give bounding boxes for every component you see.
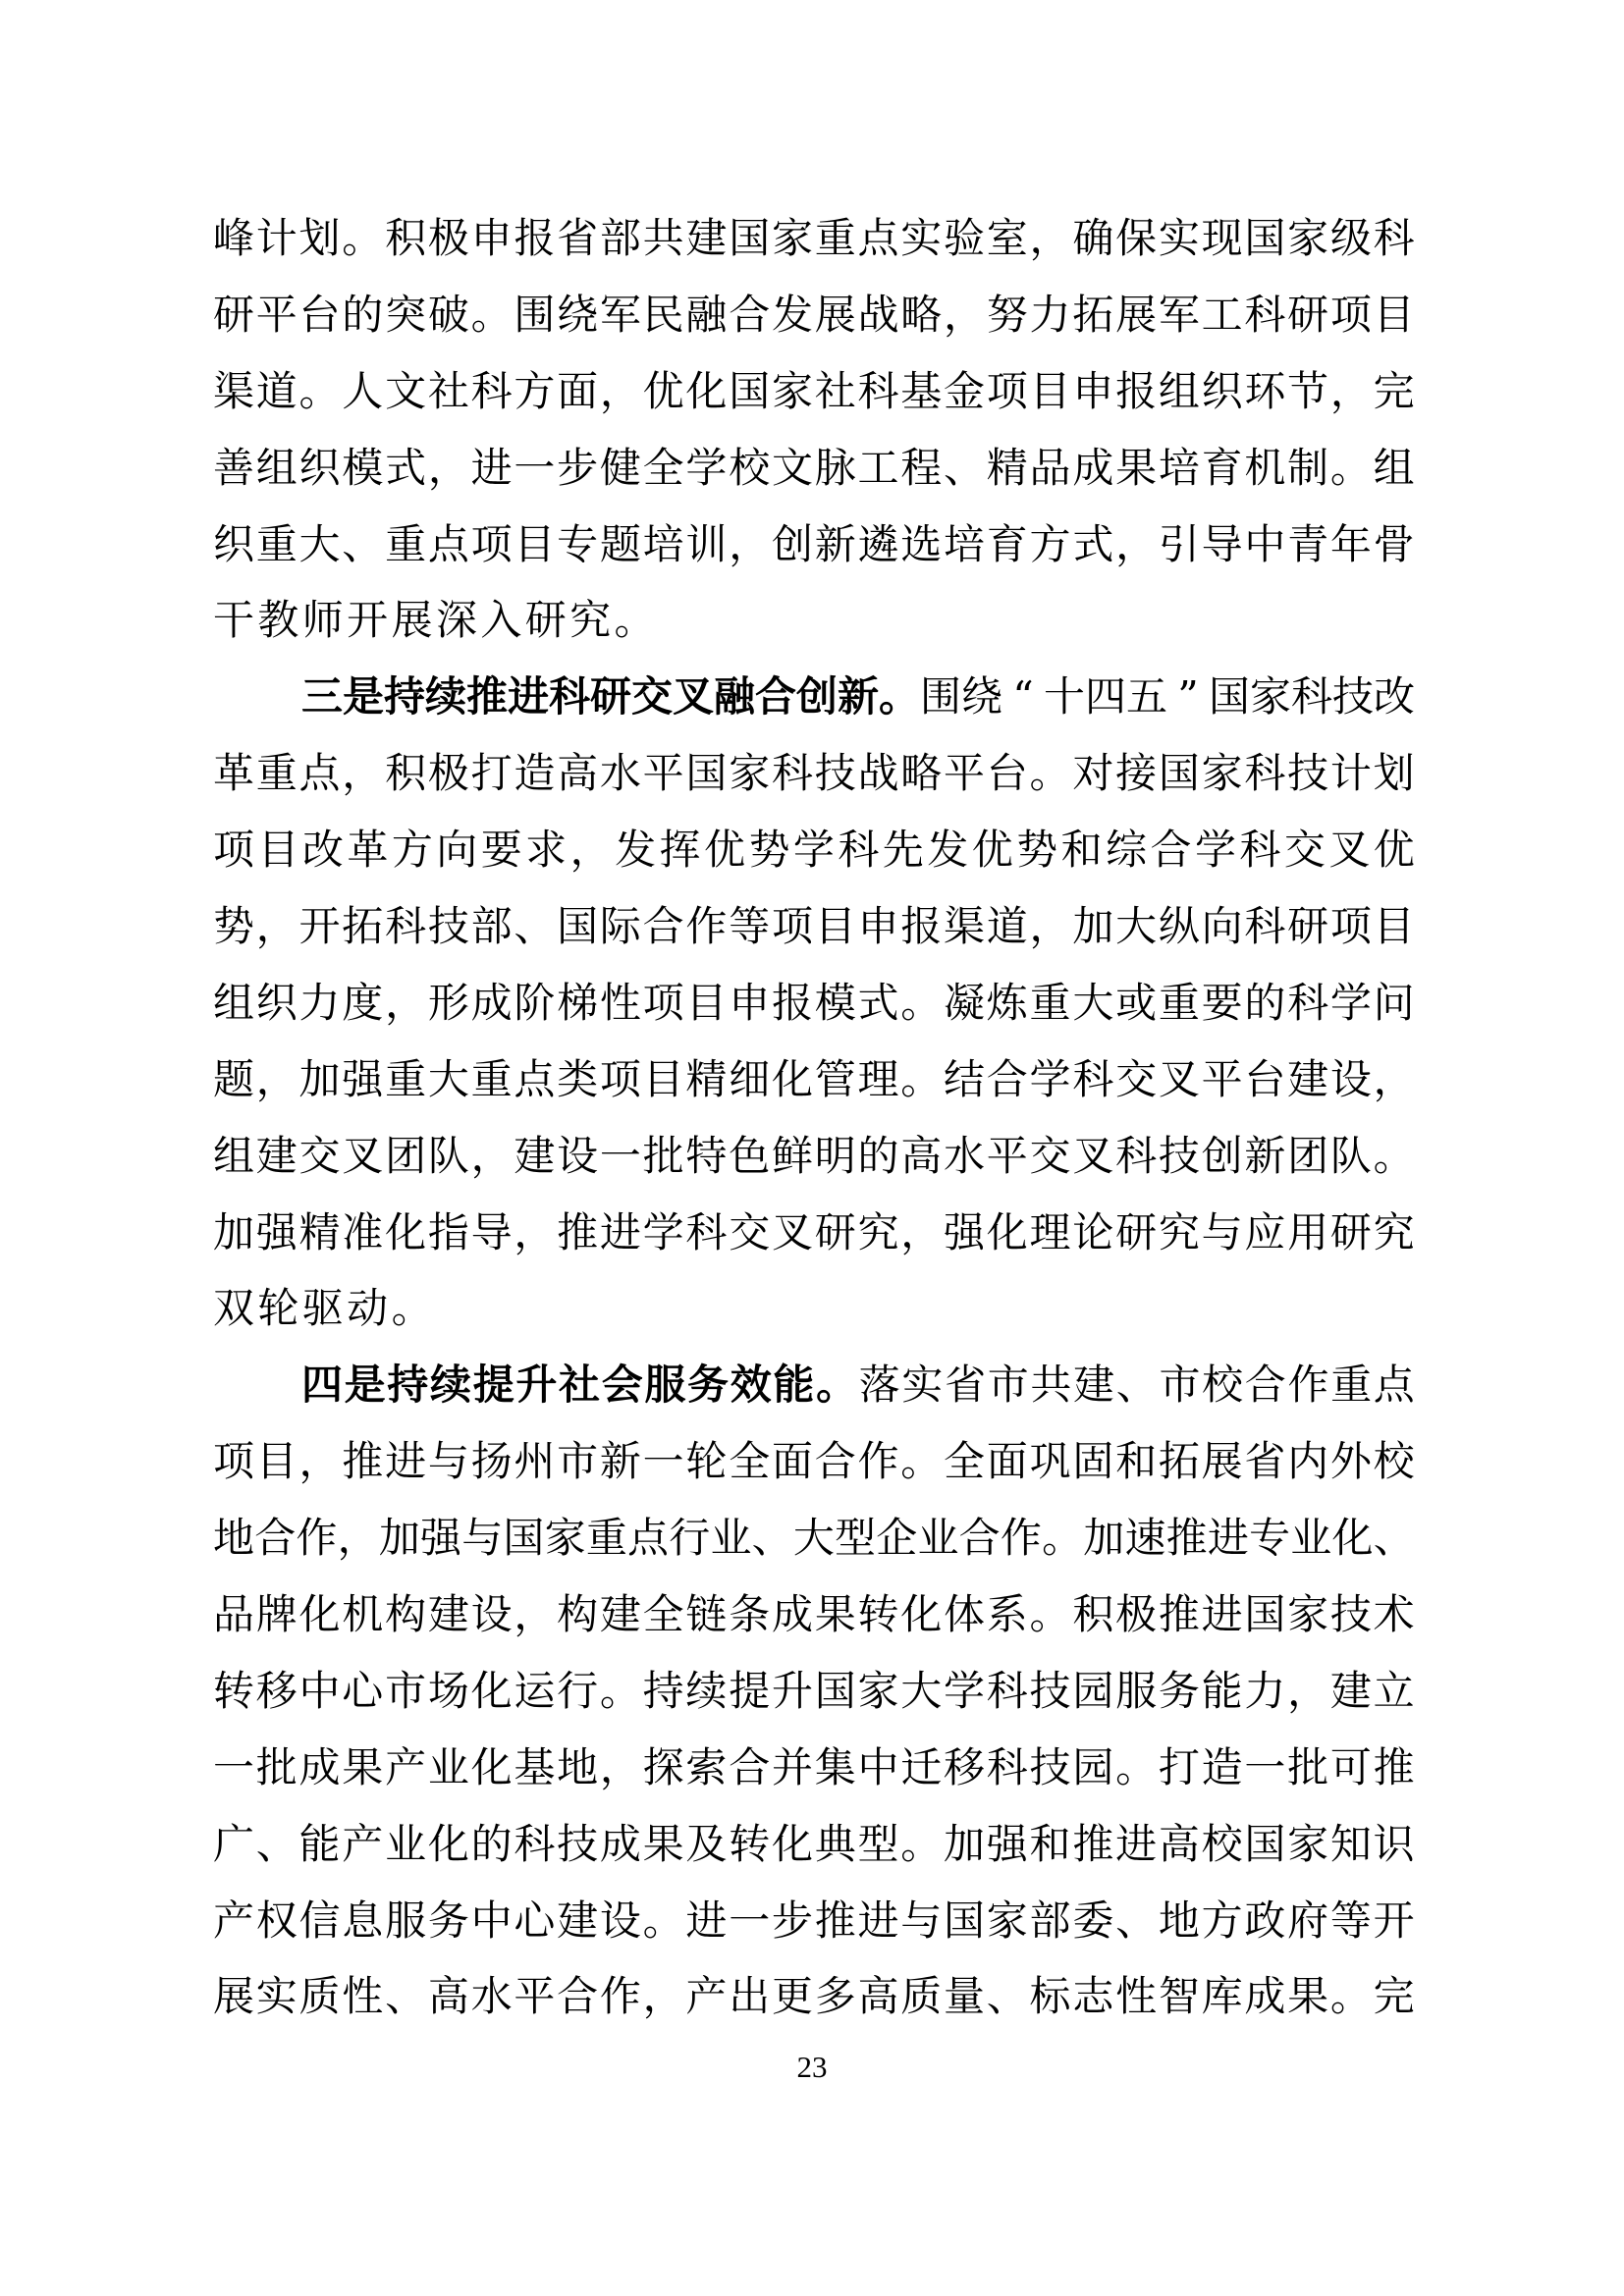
paragraph-continued: 峰计划。积极申报省部共建国家重点实验室，确保实现国家级科研平台的突破。围绕军民融… xyxy=(213,215,1415,673)
text-line: 加强精准化指导，推进学科交叉研究，强化理论研究与应用研究 xyxy=(213,1209,1415,1286)
text-line: 一批成果产业化基地，探索合并集中迁移科技园。打造一批可推 xyxy=(213,1744,1415,1821)
text-line: 题，加强重大重点类项目精细化管理。结合学科交叉平台建设， xyxy=(213,1056,1415,1133)
text-line: 产权信息服务中心建设。进一步推进与国家部委、地方政府等开 xyxy=(213,1897,1415,1974)
paragraph-four-social-service-efficiency: 四是持续提升社会服务效能。落实省市共建、市校合作重点项目，推进与扬州市新一轮全面… xyxy=(213,1362,1415,2050)
document-page: 峰计划。积极申报省部共建国家重点实验室，确保实现国家级科研平台的突破。围绕军民融… xyxy=(0,0,1624,2296)
text-line: 织重大、重点项目专题培训，创新遴选培育方式，引导中青年骨 xyxy=(213,521,1415,598)
text-line: 项目，推进与扬州市新一轮全面合作。全面巩固和拓展省内外校 xyxy=(213,1438,1415,1515)
text-line: 转移中心市场化运行。持续提升国家大学科技园服务能力，建立 xyxy=(213,1668,1415,1744)
text-line: 善组织模式，进一步健全学校文脉工程、精品成果培育机制。组 xyxy=(213,445,1415,521)
page-number: 23 xyxy=(0,2050,1624,2085)
text-line: 品牌化机构建设，构建全链条成果转化体系。积极推进国家技术 xyxy=(213,1591,1415,1668)
text-line: 干教师开展深入研究。 xyxy=(213,597,1415,673)
text-line: 渠道。人文社科方面，优化国家社科基金项目申报组织环节，完 xyxy=(213,368,1415,445)
text-line: 组织力度，形成阶梯性项目申报模式。凝炼重大或重要的科学问 xyxy=(213,980,1415,1056)
text-line: 研平台的突破。围绕军民融合发展战略，努力拓展军工科研项目 xyxy=(213,292,1415,368)
text-line: 地合作，加强与国家重点行业、大型企业合作。加速推进专业化、 xyxy=(213,1515,1415,1591)
text-line: 双轮驱动。 xyxy=(213,1285,1415,1362)
text-line: 组建交叉团队，建设一批特色鲜明的高水平交叉科技创新团队。 xyxy=(213,1133,1415,1209)
text-line: 峰计划。积极申报省部共建国家重点实验室，确保实现国家级科 xyxy=(213,215,1415,292)
text-line: 四是持续提升社会服务效能。落实省市共建、市校合作重点 xyxy=(213,1362,1415,1438)
text-line: 三是持续推进科研交叉融合创新。围绕“十四五”国家科技改 xyxy=(213,673,1415,750)
text-line: 革重点，积极打造高水平国家科技战略平台。对接国家科技计划 xyxy=(213,750,1415,827)
paragraph-three-persistent-research-integration: 三是持续推进科研交叉融合创新。围绕“十四五”国家科技改革重点，积极打造高水平国家… xyxy=(213,673,1415,1362)
text-line: 展实质性、高水平合作，产出更多高质量、标志性智库成果。完 xyxy=(213,1973,1415,2050)
text-line: 势，开拓科技部、国际合作等项目申报渠道，加大纵向科研项目 xyxy=(213,903,1415,980)
body-text: 峰计划。积极申报省部共建国家重点实验室，确保实现国家级科研平台的突破。围绕军民融… xyxy=(213,215,1415,2050)
text-line: 项目改革方向要求，发挥优势学科先发优势和综合学科交叉优 xyxy=(213,827,1415,903)
text-line: 广、能产业化的科技成果及转化典型。加强和推进高校国家知识 xyxy=(213,1821,1415,1897)
